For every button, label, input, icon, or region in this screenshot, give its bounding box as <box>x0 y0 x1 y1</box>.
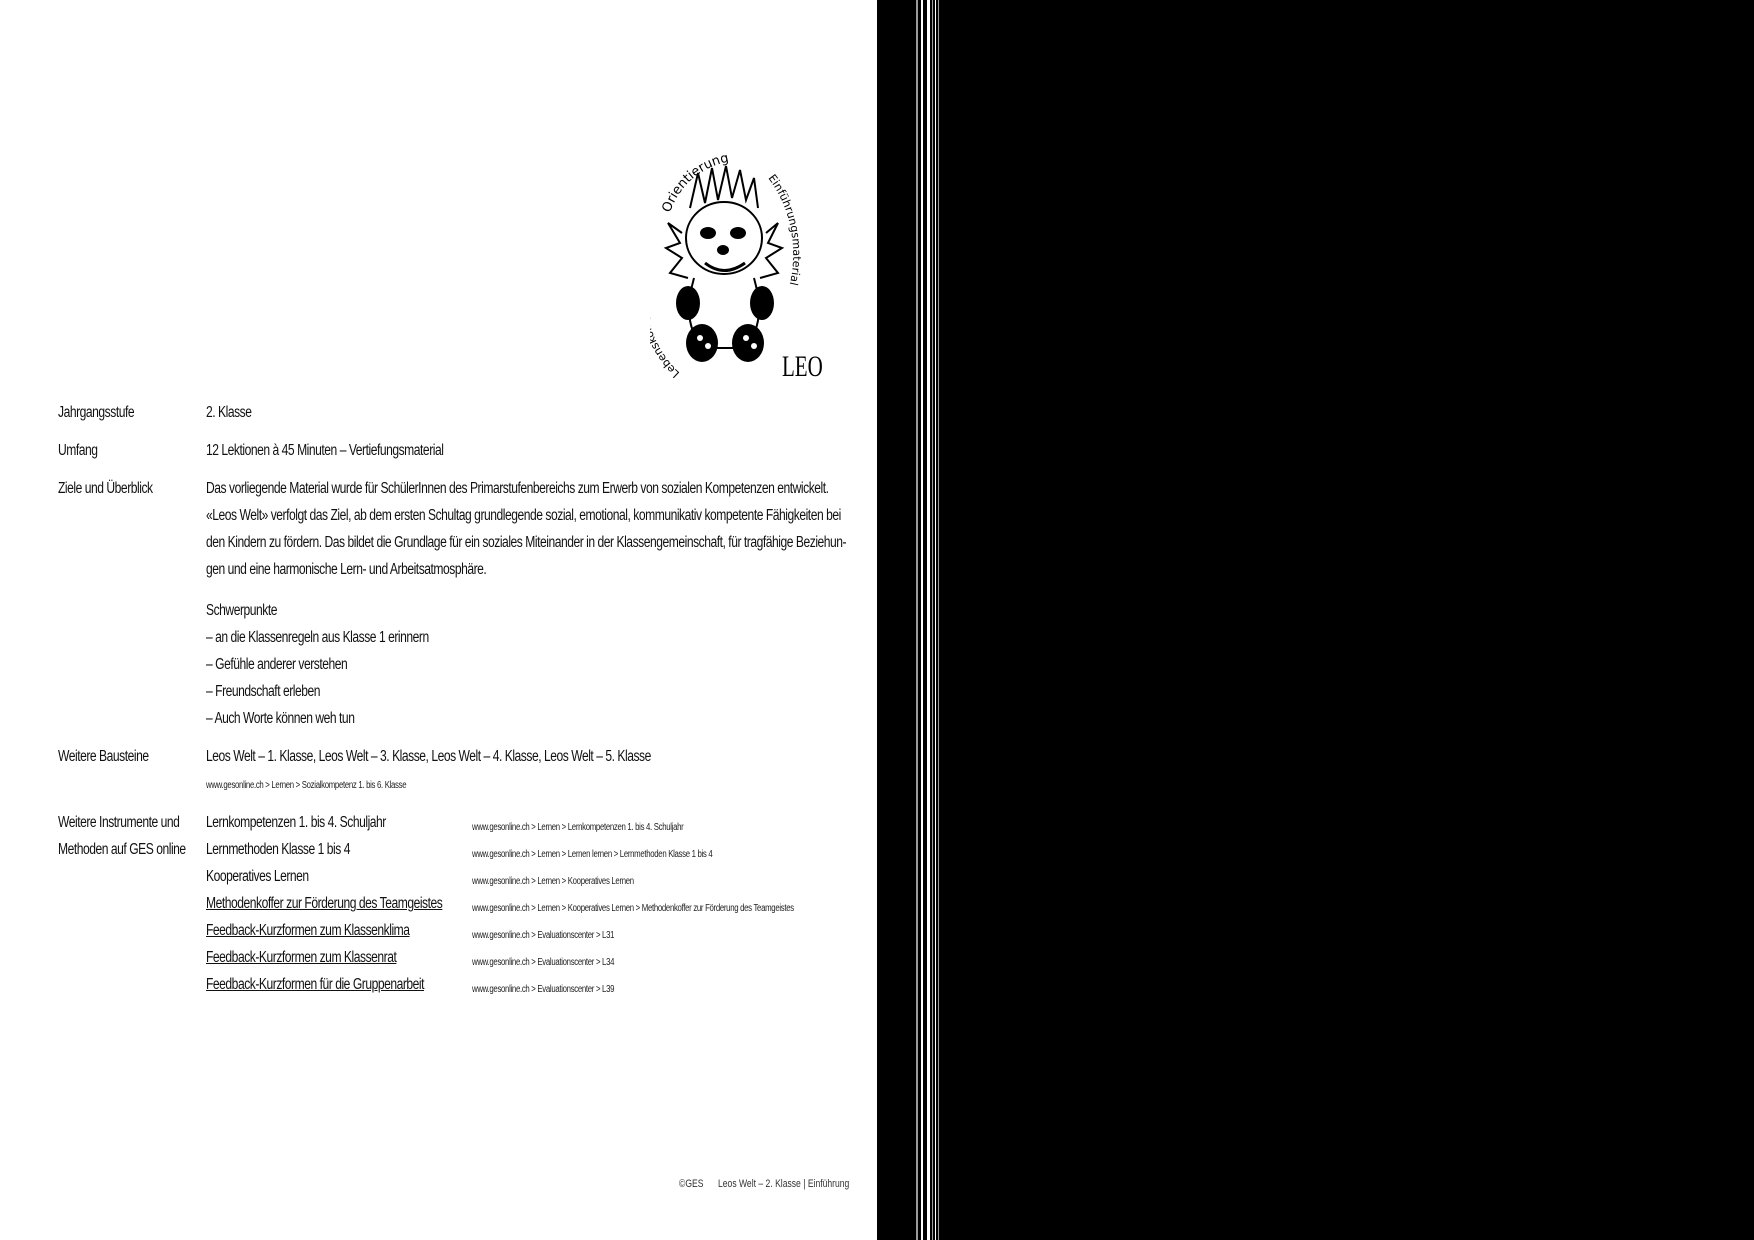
ziele-description: Das vorliegende Material wurde für Schül… <box>206 475 846 583</box>
lion-mascot-icon: Orientierung Einführungsmaterial Lebensk… <box>650 138 840 408</box>
ziele-line: Das vorliegende Material wurde für Schül… <box>206 475 846 502</box>
instrument-link-klassenklima[interactable]: Feedback-Kurzformen zum Klassenklima <box>206 922 410 940</box>
schwerpunkte-list: Schwerpunkte – an die Klassenregeln aus … <box>206 597 429 732</box>
instrument-path: www.gesonline.ch > Lernen > Kooperatives… <box>472 876 634 887</box>
bausteine-value: Leos Welt – 1. Klasse, Leos Welt – 3. Kl… <box>206 748 651 766</box>
instrument-path: www.gesonline.ch > Lernen > Kooperatives… <box>472 903 794 914</box>
instrumente-label-line2: Methoden auf GES online <box>58 841 186 859</box>
instrumente-label-line1: Weitere Instrumente und <box>58 814 179 832</box>
instrument-link-gruppenarbeit[interactable]: Feedback-Kurzformen für die Gruppenarbei… <box>206 976 424 994</box>
stripe <box>916 0 918 1240</box>
schwerpunkt-item: – Gefühle anderer verstehen <box>206 651 429 678</box>
ziele-line: gen und eine harmonische Lern- und Arbei… <box>206 556 846 583</box>
instrument-title: Kooperatives Lernen <box>206 868 309 886</box>
schwerpunkt-item: – Auch Worte können weh tun <box>206 705 429 732</box>
instrument-title: Lernkompetenzen 1. bis 4. Schuljahr <box>206 814 386 832</box>
instrument-path: www.gesonline.ch > Evaluationscenter > L… <box>472 957 614 968</box>
instrument-link-klassenrat[interactable]: Feedback-Kurzformen zum Klassenrat <box>206 949 396 967</box>
instrument-path: www.gesonline.ch > Lernen > Lernen lerne… <box>472 849 712 860</box>
instrument-path: www.gesonline.ch > Lernen > Lernkompeten… <box>472 822 683 833</box>
schwerpunkt-item: – an die Klassenregeln aus Klasse 1 erin… <box>206 624 429 651</box>
instrument-path: www.gesonline.ch > Evaluationscenter > L… <box>472 984 614 995</box>
umfang-label: Umfang <box>58 442 98 460</box>
jahrgangsstufe-label: Jahrgangsstufe <box>58 404 134 422</box>
stripe <box>938 0 939 1240</box>
footer-copyright: ©GES <box>679 1178 703 1190</box>
bausteine-label: Weitere Bausteine <box>58 748 149 766</box>
footer-title: Leos Welt – 2. Klasse | Einführung <box>718 1178 849 1190</box>
stripe <box>935 0 936 1240</box>
instrument-link-teamgeist[interactable]: Methodenkoffer zur Förderung des Teamgei… <box>206 895 442 913</box>
ziele-label: Ziele und Überblick <box>58 480 153 498</box>
instrument-title: Lernmethoden Klasse 1 bis 4 <box>206 841 350 859</box>
stripe <box>921 0 923 1240</box>
stripe <box>927 0 930 1240</box>
leo-logo: Orientierung Einführungsmaterial Lebensk… <box>650 138 840 408</box>
bausteine-path: www.gesonline.ch > Lernen > Sozialkompet… <box>206 780 406 791</box>
svg-text:LEO: LEO <box>782 349 823 383</box>
schwerpunkte-title: Schwerpunkte <box>206 597 429 624</box>
instrument-path: www.gesonline.ch > Evaluationscenter > L… <box>472 930 614 941</box>
umfang-value: 12 Lektionen à 45 Minuten – Vertiefungsm… <box>206 442 443 460</box>
stripe <box>932 0 933 1240</box>
jahrgangsstufe-value: 2. Klasse <box>206 404 252 422</box>
ziele-line: «Leos Welt» verfolgt das Ziel, ab dem er… <box>206 502 846 529</box>
schwerpunkt-item: – Freundschaft erleben <box>206 678 429 705</box>
document-page: Orientierung Einführungsmaterial Lebensk… <box>0 0 877 1240</box>
ziele-line: den Kindern zu fördern. Das bildet die G… <box>206 529 846 556</box>
